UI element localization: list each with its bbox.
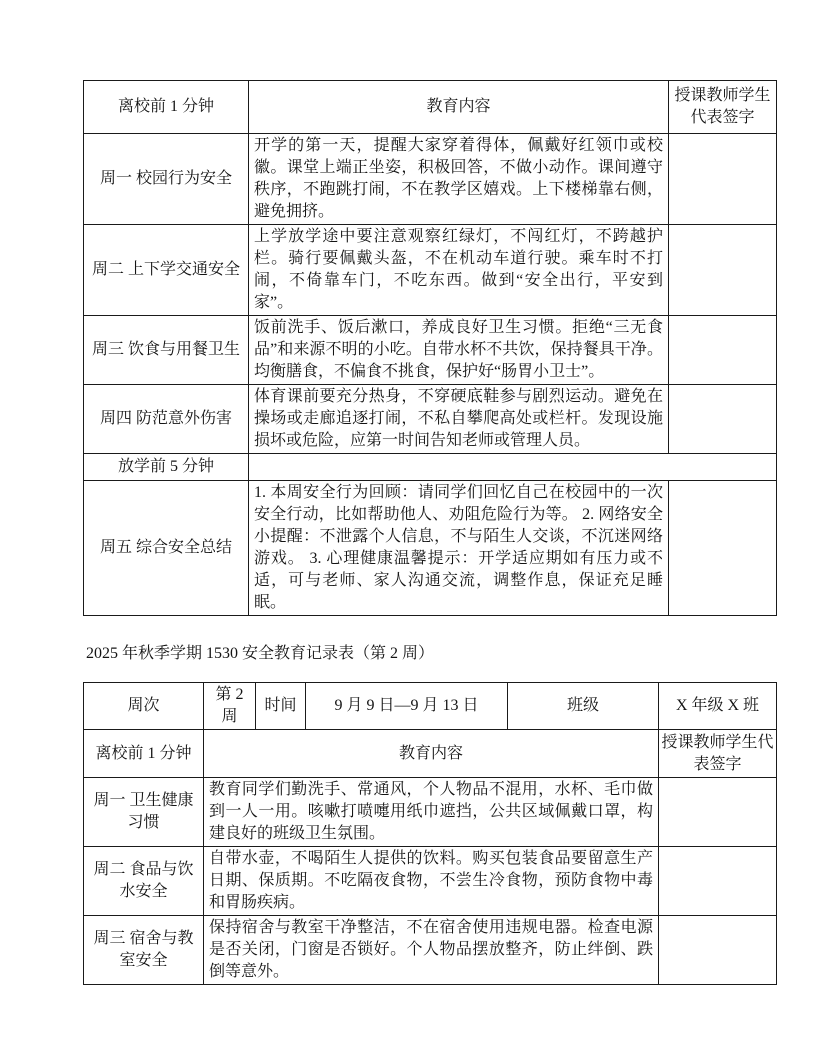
table-row: 周三 饮食与用餐卫生 饭前洗手、饭后漱口，养成良好卫生习惯。拒绝“三无食品”和来… — [84, 316, 777, 385]
signature-cell — [659, 778, 777, 847]
week-label-cell: 周一 卫生健康习惯 — [84, 778, 204, 847]
section-title: 2025 年秋季学期 1530 安全教育记录表（第 2 周） — [86, 643, 434, 665]
table-meta-row: 周次 第 2 周 时间 9 月 9 日—9 月 13 日 班级 X 年级 X 班 — [84, 683, 777, 730]
table-row: 周一 卫生健康习惯 教育同学们勤洗手、常通风，个人物品不混用，水杯、毛巾做到一人… — [84, 778, 777, 847]
table-row: 周一 校园行为安全 开学的第一天，提醒大家穿着得体，佩戴好红领巾或校徽。课堂上端… — [84, 134, 777, 225]
week-label-cell: 周二 食品与饮水安全 — [84, 847, 204, 916]
table-row: 周三 宿舍与教室安全 保持宿舍与教室干净整洁，不在宿舍使用违规电器。检查电源是否… — [84, 916, 777, 985]
signature-cell — [669, 225, 777, 316]
header-time-slot: 离校前 1 分钟 — [84, 81, 249, 134]
meta-class-value: X 年级 X 班 — [659, 683, 777, 730]
header-signature: 授课教师学生代表签字 — [659, 730, 777, 778]
header-time-slot: 离校前 1 分钟 — [84, 730, 204, 778]
table-row: 周二 食品与饮水安全 自带水壶，不喝陌生人提供的饮料。购买包装食品要留意生产日期… — [84, 847, 777, 916]
meta-week-value: 第 2 周 — [204, 683, 256, 730]
header-signature: 授课教师学生代表签字 — [669, 81, 777, 134]
signature-cell — [669, 385, 777, 454]
week-label-cell: 周三 饮食与用餐卫生 — [84, 316, 249, 385]
signature-cell — [669, 316, 777, 385]
table-row-dismissal: 放学前 5 分钟 — [84, 454, 777, 481]
safety-record-table-week2: 周次 第 2 周 时间 9 月 9 日—9 月 13 日 班级 X 年级 X 班… — [83, 682, 777, 985]
education-content-cell: 饭前洗手、饭后漱口，养成良好卫生习惯。拒绝“三无食品”和来源不明的小吃。自带水杯… — [249, 316, 669, 385]
education-content-cell: 体育课前要充分热身，不穿硬底鞋参与剧烈运动。避免在操场或走廊追逐打闹，不私自攀爬… — [249, 385, 669, 454]
header-education-content: 教育内容 — [249, 81, 669, 134]
safety-record-table-week1: 离校前 1 分钟 教育内容 授课教师学生代表签字 周一 校园行为安全 开学的第一… — [83, 80, 777, 616]
meta-time-value: 9 月 9 日—9 月 13 日 — [306, 683, 508, 730]
table-header-row: 离校前 1 分钟 教育内容 授课教师学生代表签字 — [84, 730, 777, 778]
education-content-cell: 保持宿舍与教室干净整洁，不在宿舍使用违规电器。检查电源是否关闭，门窗是否锁好。个… — [204, 916, 659, 985]
signature-cell — [659, 847, 777, 916]
education-content-cell: 教育同学们勤洗手、常通风，个人物品不混用，水杯、毛巾做到一人一用。咳嗽打喷嚏用纸… — [204, 778, 659, 847]
document-page: 离校前 1 分钟 教育内容 授课教师学生代表签字 周一 校园行为安全 开学的第一… — [0, 0, 816, 1056]
week-label-cell: 周四 防范意外伤害 — [84, 385, 249, 454]
header-education-content: 教育内容 — [204, 730, 659, 778]
signature-cell — [669, 481, 777, 616]
table-row: 周五 综合安全总结 1. 本周安全行为回顾：请同学们回忆自己在校园中的一次安全行… — [84, 481, 777, 616]
meta-class-label: 班级 — [508, 683, 659, 730]
signature-cell — [659, 916, 777, 985]
week-label-cell: 周五 综合安全总结 — [84, 481, 249, 616]
week-label-cell: 周一 校园行为安全 — [84, 134, 249, 225]
meta-week-label: 周次 — [84, 683, 204, 730]
education-content-cell: 开学的第一天，提醒大家穿着得体，佩戴好红领巾或校徽。课堂上端正坐姿，积极回答，不… — [249, 134, 669, 225]
signature-cell — [669, 134, 777, 225]
meta-time-label: 时间 — [256, 683, 306, 730]
table-row: 周二 上下学交通安全 上学放学途中要注意观察红绿灯，不闯红灯，不跨越护栏。骑行要… — [84, 225, 777, 316]
empty-merged-cell — [249, 454, 777, 481]
table-header-row: 离校前 1 分钟 教育内容 授课教师学生代表签字 — [84, 81, 777, 134]
week-label-cell: 周二 上下学交通安全 — [84, 225, 249, 316]
education-content-cell: 1. 本周安全行为回顾：请同学们回忆自己在校园中的一次安全行动，比如帮助他人、劝… — [249, 481, 669, 616]
education-content-cell: 自带水壶，不喝陌生人提供的饮料。购买包装食品要留意生产日期、保质期。不吃隔夜食物… — [204, 847, 659, 916]
table-row: 周四 防范意外伤害 体育课前要充分热身，不穿硬底鞋参与剧烈运动。避免在操场或走廊… — [84, 385, 777, 454]
time-slot-label-cell: 放学前 5 分钟 — [84, 454, 249, 481]
week-label-cell: 周三 宿舍与教室安全 — [84, 916, 204, 985]
education-content-cell: 上学放学途中要注意观察红绿灯，不闯红灯，不跨越护栏。骑行要佩戴头盔，不在机动车道… — [249, 225, 669, 316]
